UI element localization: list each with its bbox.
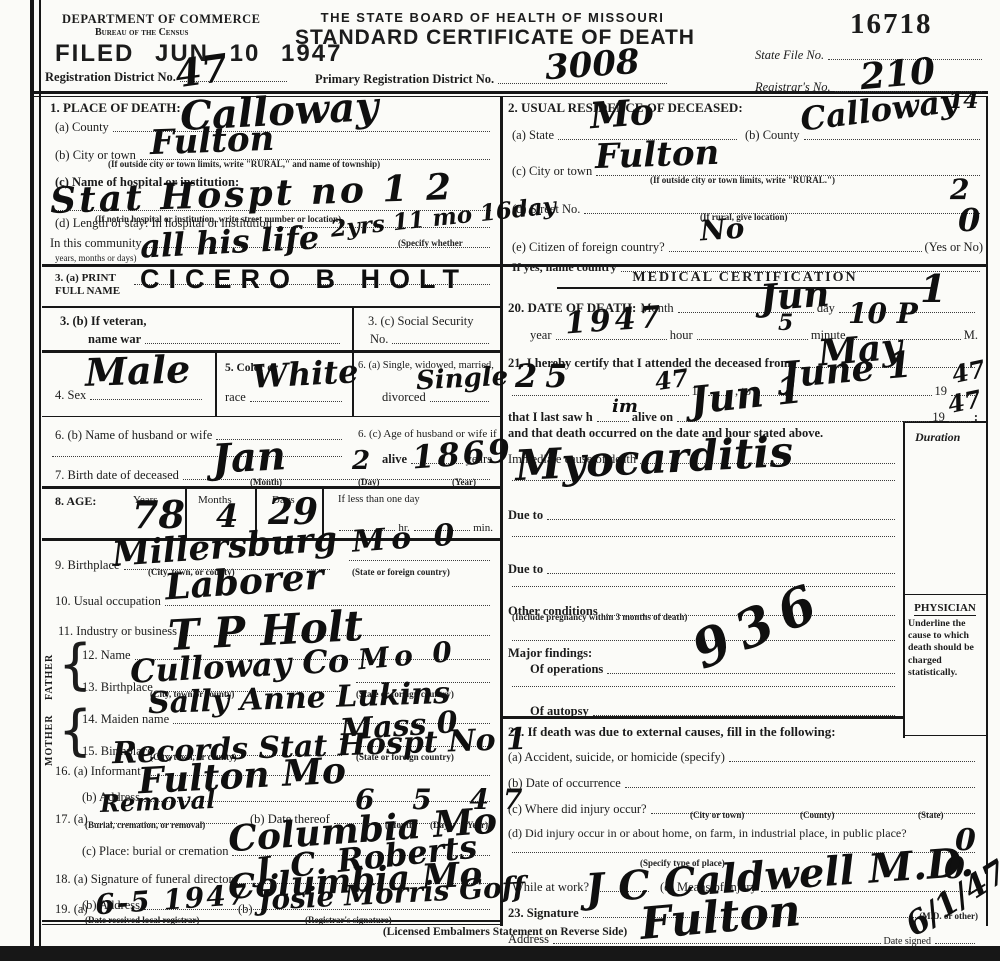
mother-side-label: MOTHER <box>44 702 55 766</box>
community-label: In this community <box>50 236 142 251</box>
birth-date-label: 7. Birth date of deceased <box>55 468 179 483</box>
last-saw-year: 47 <box>946 387 984 417</box>
accident-row: (a) Accident, suicide, or homicide (spec… <box>508 750 978 765</box>
citizen-row: (e) Citizen of foreign country?(Yes or N… <box>512 240 983 255</box>
dotted-line <box>607 671 895 674</box>
city-note: (If outside city or town limits, write "… <box>108 159 380 169</box>
burial-place-label: (c) Place: burial or cremation <box>82 844 228 859</box>
birth-day-note: (Day) <box>358 477 380 487</box>
dotted-line <box>547 571 895 574</box>
him-value: im <box>612 398 638 416</box>
right-border <box>986 96 988 926</box>
full-name-value: CICERO B HOLT <box>140 266 468 293</box>
residence-state-label: (a) State <box>512 128 554 143</box>
community-value: all his life <box>139 221 320 262</box>
dept-line-1: DEPARTMENT OF COMMERCE <box>62 12 261 27</box>
due-line-3 <box>508 584 898 590</box>
veteran-war-label: name war <box>88 332 141 347</box>
spouse-name-row: 6. (b) Name of husband or wife <box>55 428 345 443</box>
occupation-label: 10. Usual occupation <box>55 594 161 609</box>
physician-signature-label: 23. Signature <box>508 906 579 921</box>
father-name-label: 12. Name <box>82 648 131 663</box>
sex-label: 4. Sex <box>55 388 86 403</box>
sex-value: Male <box>84 350 191 392</box>
autopsy-row: Of autopsy <box>530 704 898 719</box>
external-causes-title: 22. If death was due to external causes,… <box>508 724 836 740</box>
spouse-name-label: 6. (b) Name of husband or wife <box>55 428 212 443</box>
age-years-value: 78 <box>132 496 185 534</box>
operations-line-2 <box>508 684 898 690</box>
dotted-line <box>593 713 895 716</box>
registrar-sig-note: (Registrar's signature) <box>305 915 392 925</box>
community-note: years, months or days) <box>55 253 136 263</box>
citizen-note: (Yes or No) <box>925 240 983 255</box>
registrar-no-label: Registrar's No. <box>755 80 831 95</box>
birth-day-value: 2 <box>352 448 370 474</box>
dotted-line <box>392 341 489 344</box>
other-conditions-note: (Include pregnancy within 3 months of de… <box>512 612 687 622</box>
spouse-alive-label: alive <box>382 452 407 467</box>
dotted-line <box>90 397 202 400</box>
registration-district-row: Registration District No. <box>45 70 290 85</box>
dotted-line <box>597 419 629 422</box>
footer-note: (Licensed Embalmers Statement on Reverse… <box>320 926 690 938</box>
spouse-name-line <box>48 454 345 460</box>
citizen-code: 0 <box>958 204 980 236</box>
dod-year-value: 1947 <box>564 303 665 340</box>
veteran-war-row: name war <box>88 332 343 347</box>
occurrence-date-row: (b) Date of occurrence <box>508 776 978 791</box>
dotted-line <box>250 399 342 402</box>
print-label: 3. (a) PRINT <box>55 272 116 284</box>
year-19-prefix-3: 19 <box>932 410 945 425</box>
citizen-label: (e) Citizen of foreign country? <box>512 240 665 255</box>
ssn-row: No. <box>370 332 492 347</box>
dotted-line <box>512 684 895 687</box>
due-to-label-2: Due to <box>508 562 543 577</box>
city-value: Fulton <box>149 122 274 160</box>
dotted-line <box>697 337 808 340</box>
medical-title-rule <box>557 287 933 289</box>
dotted-line <box>512 534 895 537</box>
place-of-death-title: 1. PLACE OF DEATH: <box>50 100 181 116</box>
birthplace-label: 9. Birthplace <box>55 558 120 573</box>
medical-certification-title: MEDICAL CERTIFICATION <box>557 270 933 286</box>
cell-divider-2 <box>215 350 217 416</box>
accident-label: (a) Accident, suicide, or homicide (spec… <box>508 750 725 765</box>
due-line-2 <box>508 534 898 540</box>
dotted-line <box>430 399 489 402</box>
name-row-rule <box>42 306 500 308</box>
dept-line-2: Bureau of the Census <box>95 27 188 38</box>
registration-district-label: Registration District No. <box>45 70 176 85</box>
scan-bottom-bar <box>0 946 1000 961</box>
injury-city-note: (City or town) <box>690 810 744 820</box>
attended-to-year: 47 <box>950 357 988 387</box>
dod-hour-label: hour <box>670 328 693 343</box>
dod-day-value: 1 <box>920 270 946 308</box>
disposition-note: (Burial, cremation, or removal) <box>85 820 205 830</box>
residence-city-label: (c) City or town <box>512 164 592 179</box>
disposition-value: Removal <box>100 788 216 816</box>
injury-state-note: (State) <box>918 810 944 820</box>
residence-state-value: Mo <box>589 94 655 134</box>
full-name-label: FULL NAME <box>55 285 120 297</box>
last-saw-label: that I last saw h <box>508 410 593 425</box>
left-border-inner <box>39 0 41 947</box>
dotted-line <box>949 419 971 422</box>
disposition-label: 17. (a) <box>55 812 88 827</box>
citizen-value: No <box>699 214 745 245</box>
state-file-number: 16718 <box>850 8 933 41</box>
death-certificate-scan: DEPARTMENT OF COMMERCE Bureau of the Cen… <box>0 0 1000 961</box>
dotted-line <box>804 137 980 140</box>
injury-county-note: (County) <box>800 810 835 820</box>
duration-header: Duration <box>915 430 960 445</box>
birthplace-state-note: (State or foreign country) <box>352 567 450 577</box>
residence-city-note: (If outside city or town limits, write "… <box>650 175 835 185</box>
physician-instructions-box: PHYSICIAN Underline the cause to which d… <box>903 594 986 736</box>
birthplace-state-line <box>345 558 493 564</box>
received-date-value: 6-5 1947 <box>94 881 250 920</box>
dotted-line <box>547 517 895 520</box>
operations-label: Of operations <box>530 662 603 677</box>
county-label: (a) County <box>55 120 109 135</box>
dotted-line <box>625 785 975 788</box>
registration-district-value: 47 <box>173 49 231 94</box>
occupation-value: Laborer <box>164 559 325 606</box>
birth-year-note: (Year) <box>452 477 476 487</box>
physician-note: Underline the cause to which death shoul… <box>908 618 982 679</box>
residence-county-label: (b) County <box>745 128 800 143</box>
physician-title: PHYSICIAN <box>914 602 976 616</box>
autopsy-label: Of autopsy <box>530 704 589 719</box>
dod-year-label: year <box>530 328 552 343</box>
street-no-code: 2 <box>950 176 969 204</box>
dod-m-label: M. <box>964 328 978 343</box>
dotted-line <box>512 584 895 587</box>
race-value: White <box>251 355 359 393</box>
dod-hour-value: 5 <box>778 312 793 334</box>
race-label: race <box>225 390 246 405</box>
ssn-no-label: No. <box>370 332 388 347</box>
board-title: THE STATE BOARD OF HEALTH OF MISSOURI <box>295 10 690 25</box>
dotted-line <box>145 341 340 344</box>
age-min-label: min. <box>473 522 493 534</box>
attended-from-year: 47 <box>653 366 689 394</box>
left-border-outer <box>30 0 34 947</box>
major-findings-label: Major findings: <box>508 646 592 661</box>
veteran-label: 3. (b) If veteran, <box>60 314 146 329</box>
received-label: 19. (a) <box>55 902 88 917</box>
dotted-line <box>729 759 975 762</box>
marital-value: Single <box>415 364 508 395</box>
dotted-line <box>669 249 922 252</box>
dod-minute-value: 10 P <box>848 300 918 328</box>
dotted-line <box>935 941 975 944</box>
state-file-label: State File No. <box>755 48 824 63</box>
father-side-label: FATHER <box>44 636 55 700</box>
due-to-row-2: Due to <box>508 562 898 577</box>
corner-code: 14 <box>948 90 979 112</box>
birth-year-value: 1869 <box>411 435 514 474</box>
due-to-label-1: Due to <box>508 508 543 523</box>
injury-place-label: (d) Did injury occur in or about home, o… <box>508 826 907 841</box>
dotted-line <box>52 454 342 457</box>
primary-district-value: 3008 <box>544 45 641 86</box>
dod-month-value: Jun <box>759 276 831 317</box>
alive-on-label: alive on <box>632 410 673 425</box>
due-to-row-1: Due to <box>508 508 898 523</box>
attended-from-day: 25 <box>515 360 576 392</box>
last-saw-value: Jun 1 <box>688 370 804 420</box>
father-birthplace-state-value: Mo 0 <box>357 638 458 675</box>
ssn-label: 3. (c) Social Security <box>368 314 474 329</box>
age-title: 8. AGE: <box>55 494 96 509</box>
residence-city-value: Fulton <box>594 136 719 174</box>
birth-month-value: Jan <box>211 436 287 480</box>
birthplace-state-value: Mo 0 <box>351 520 461 557</box>
sex-row-rule <box>42 416 500 417</box>
age-less-header: If less than one day <box>338 494 420 505</box>
